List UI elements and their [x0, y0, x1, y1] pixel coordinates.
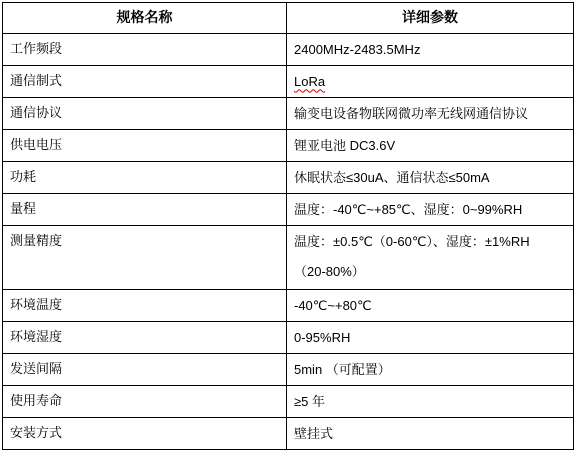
spec-value: 壁挂式 — [287, 418, 574, 450]
header-spec-name: 规格名称 — [3, 3, 287, 34]
spec-name: 工作频段 — [3, 34, 287, 66]
spec-value-line1: 温度：±0.5℃（0-60℃）、湿度：±1%RH — [294, 234, 530, 249]
table-row: 通信制式 LoRa — [3, 66, 574, 98]
spec-value: ≥5 年 — [287, 386, 574, 418]
spec-name: 环境湿度 — [3, 322, 287, 354]
table-row: 工作频段 2400MHz-2483.5MHz — [3, 34, 574, 66]
spec-name: 供电电压 — [3, 130, 287, 162]
spec-value: 温度：±0.5℃（0-60℃）、湿度：±1%RH （20-80%） — [287, 226, 574, 290]
spec-value: 5min （可配置） — [287, 354, 574, 386]
spec-value: 休眠状态≤30uA、通信状态≤50mA — [287, 162, 574, 194]
table-row: 量程 温度：-40℃~+85℃、湿度：0~99%RH — [3, 194, 574, 226]
spec-name: 环境温度 — [3, 290, 287, 322]
table-row: 使用寿命 ≥5 年 — [3, 386, 574, 418]
spec-value: -40℃~+80℃ — [287, 290, 574, 322]
table-row: 通信协议 输变电设备物联网微功率无线网通信协议 — [3, 98, 574, 130]
table-row: 发送间隔 5min （可配置） — [3, 354, 574, 386]
spec-value: 锂亚电池 DC3.6V — [287, 130, 574, 162]
spec-name: 量程 — [3, 194, 287, 226]
spec-value-line2: （20-80%） — [294, 264, 573, 280]
spec-name: 测量精度 — [3, 226, 287, 290]
spec-name: 发送间隔 — [3, 354, 287, 386]
table-row: 安装方式 壁挂式 — [3, 418, 574, 450]
table-row: 供电电压 锂亚电池 DC3.6V — [3, 130, 574, 162]
header-spec-value: 详细参数 — [287, 3, 574, 34]
spec-name: 安装方式 — [3, 418, 287, 450]
table-row: 测量精度 温度：±0.5℃（0-60℃）、湿度：±1%RH （20-80%） — [3, 226, 574, 290]
spec-value: LoRa — [287, 66, 574, 98]
spec-value: 0-95%RH — [287, 322, 574, 354]
spellcheck-flagged-word: LoRa — [294, 74, 325, 89]
header-row: 规格名称 详细参数 — [3, 3, 574, 34]
spec-table: 规格名称 详细参数 工作频段 2400MHz-2483.5MHz 通信制式 Lo… — [2, 2, 574, 450]
spec-name: 通信制式 — [3, 66, 287, 98]
table-row: 环境温度 -40℃~+80℃ — [3, 290, 574, 322]
table-row: 环境湿度 0-95%RH — [3, 322, 574, 354]
spec-value: 温度：-40℃~+85℃、湿度：0~99%RH — [287, 194, 574, 226]
table-row: 功耗 休眠状态≤30uA、通信状态≤50mA — [3, 162, 574, 194]
spec-name: 通信协议 — [3, 98, 287, 130]
spec-name: 使用寿命 — [3, 386, 287, 418]
spec-name: 功耗 — [3, 162, 287, 194]
spec-value: 2400MHz-2483.5MHz — [287, 34, 574, 66]
spec-value: 输变电设备物联网微功率无线网通信协议 — [287, 98, 574, 130]
